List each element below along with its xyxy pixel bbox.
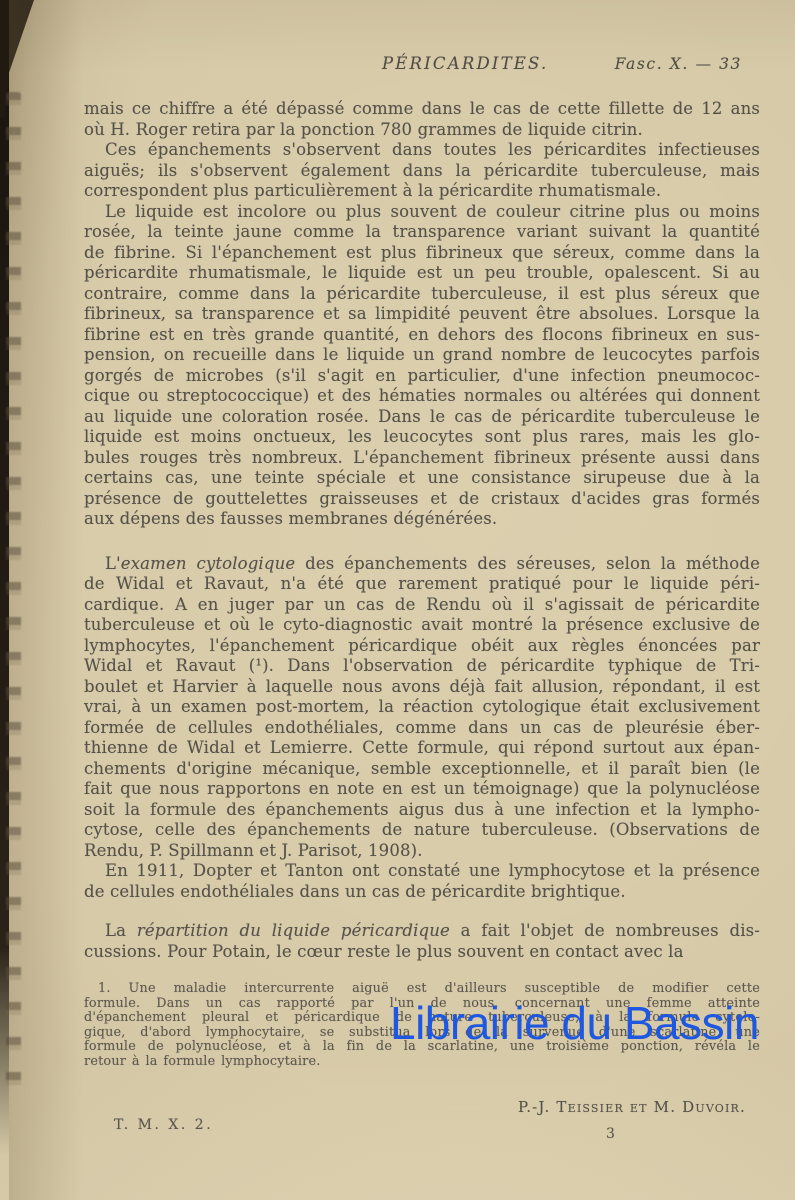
text-line: chements d'origine mécanique, semble exc… [84,759,760,780]
text-line: cardique. A en juger par un cas de Rendu… [84,595,760,616]
text-line: mais ce chiffre a été dépassé comme dans… [84,99,760,120]
text-line: aux dépens des fausses membranes dégénér… [84,509,760,530]
text-line: rosée, la teinte jaune comme la transpar… [84,222,760,243]
text-line: où H. Roger retira par la ponction 780 g… [84,120,760,141]
text-line: cussions. Pour Potain, le cœur reste le … [84,942,760,963]
text-line: pension, on recueille dans le liquide un… [84,345,760,366]
text-line: retour à la formule lymphocytaire. [84,1055,760,1070]
text-line: Le liquide est incolore ou plus souvent … [84,202,760,223]
text-line: boulet et Harvier à laquelle nous avons … [84,677,760,698]
running-title: PÉRICARDITES. [382,54,548,73]
text-line: Ces épanchements s'observent dans toutes… [84,140,760,161]
text-line: Rendu, P. Spillmann et J. Parisot, 1908)… [84,841,760,862]
text-line: L'examen cytologique des épanchements de… [84,554,760,575]
text-line: formée de cellules endothéliales, comme … [84,718,760,739]
facing-page-showthrough-text [6,92,21,1102]
text-line: Widal et Ravaut (¹). Dans l'observation … [84,656,760,677]
text-line: bules rouges très nombreux. L'épanchemen… [84,448,760,469]
text-line: cique ou streptococcique) et des hématie… [84,386,760,407]
text-line: au liquide une coloration rosée. Dans le… [84,407,760,428]
text-line: vrai, à un examen post-mortem, la réacti… [84,697,760,718]
fascicle-number: Fasc. X. — 33 [615,55,742,73]
text-line: correspondent plus particulièrement à la… [84,181,760,202]
text-line: liquide est moins onctueux, les leucocyt… [84,427,760,448]
text-line: contraire, comme dans la péricardite tub… [84,284,760,305]
text-line: certains cas, une teinte spéciale et une… [84,468,760,489]
text-line: thienne de Widal et Lemierre. Cette form… [84,738,760,759]
text-line: tuberculeuse et où le cyto-diagnostic av… [84,615,760,636]
text-line: fait que nous rapportons en note en est … [84,779,760,800]
sheet-signature-number: 3 [606,1126,615,1142]
text-line: de fibrine. Si l'épanchement est plus fi… [84,243,760,264]
text-line: En 1911, Dopter et Tanton ont constaté u… [84,861,760,882]
text-line: de cellules endothéliales dans un cas de… [84,882,760,903]
text-line: 1. Une maladie intercurrente aiguë est d… [84,982,760,997]
text-line: lymphocytes, l'épanchement péricardique … [84,636,760,657]
authors-signature: P.-J. Teissier et M. Duvoir. [518,1098,746,1116]
text-line: péricardite rhumatismale, le liquide est… [84,263,760,284]
text-line: de Widal et Ravaut, n'a été que rarement… [84,574,760,595]
text-line: présence de gouttelettes graisseuses et … [84,489,760,510]
plate-mark: T. M. X. 2. [114,1117,213,1133]
bookseller-watermark: Librairie du Bassin [390,1000,759,1046]
text-line: aiguës; ils s'observent également dans l… [84,161,760,182]
text-line: cytose, celle des épanchements de nature… [84,820,760,841]
text-line: fibrine est en très grande quantité, en … [84,325,760,346]
body-text: mais ce chiffre a été dépassé comme dans… [84,99,760,962]
page-header: PÉRICARDITES. Fasc. X. — 33 [84,54,760,76]
text-line: fibrineux, sa transparence et sa limpidi… [84,304,760,325]
text-line: soit la formule des épanchements aigus d… [84,800,760,821]
text-line: La répartition du liquide péricardique a… [84,921,760,942]
text-line: gorgés de microbes (s'il s'agit en parti… [84,366,760,387]
